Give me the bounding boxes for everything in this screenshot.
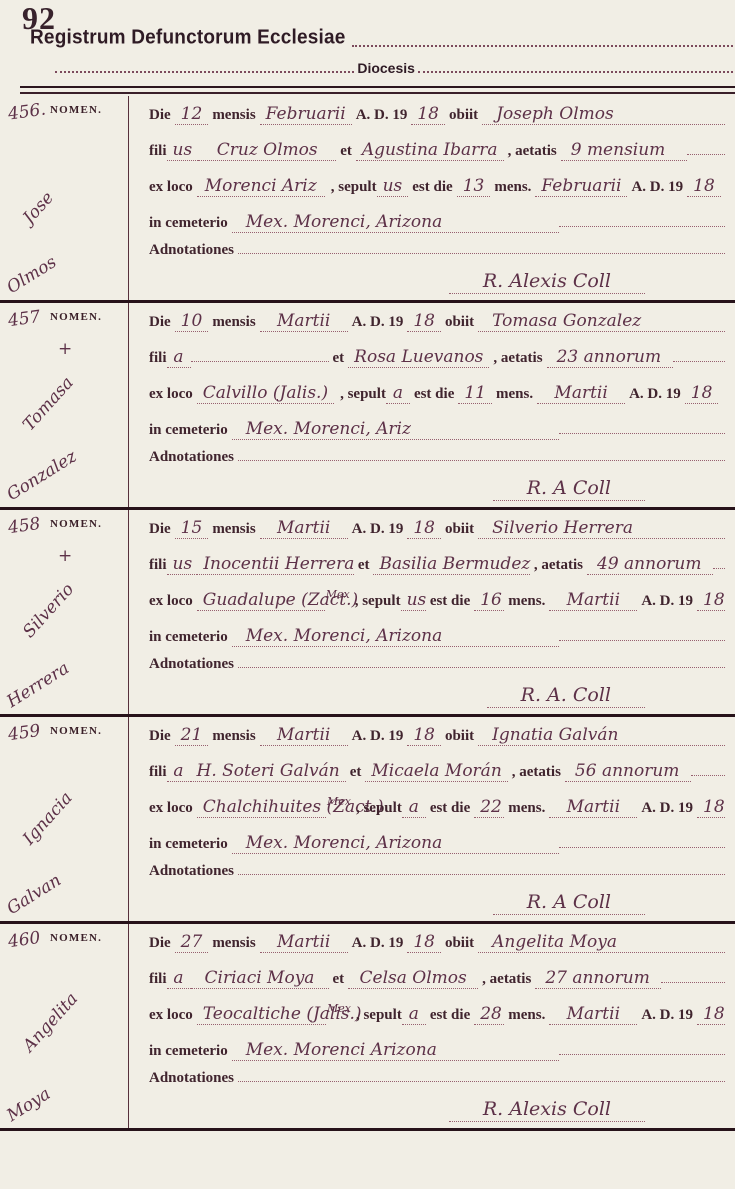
mother-name-value: Basilia Bermudez: [373, 554, 529, 575]
entries-list: 456. NOMEN. Jose Olmos Die 12 mensis Feb…: [0, 96, 735, 1131]
death-line: Die 27 mensis Martii A. D. 19 18 obiit A…: [145, 932, 725, 968]
dotted-filler: [559, 847, 725, 848]
priest-signature: R. Alexis Coll: [449, 1098, 645, 1122]
sepult-suffix-value: a: [402, 797, 426, 818]
sepult-suffix-value: a: [386, 383, 410, 404]
parents-line: fili a Ciriaci Moya et Celsa Olmos , aet…: [145, 968, 725, 1004]
entry-number: 456.: [7, 99, 47, 124]
adnotationes-value: [238, 253, 725, 254]
burial-month-value: Februarii: [535, 176, 627, 197]
margin-name-first: Jose: [19, 188, 58, 228]
cross-mark: +: [58, 339, 72, 359]
est-die-label: est die: [408, 179, 456, 196]
obiit-label: obiit: [441, 521, 478, 538]
adnotationes-line: Adnotationes: [145, 242, 725, 270]
death-line: Die 21 mensis Martii A. D. 19 18 obiit I…: [145, 725, 725, 761]
adnotationes-label: Adnotationes: [145, 242, 238, 259]
dotted-filler: [559, 226, 725, 227]
title-dotted-line: [352, 43, 733, 47]
burial-day-value: 11: [458, 383, 492, 404]
burial-line: ex loco Chalchihuites (Zact.) Mex , sepu…: [145, 797, 725, 833]
death-month-value: Martii: [260, 725, 348, 746]
sepult-label: , sepult: [351, 593, 401, 610]
father-name-value: Inocentii Herrera: [197, 554, 353, 575]
mens-label: mens.: [504, 800, 549, 817]
margin-name-last: Galvan: [3, 870, 64, 919]
burial-line: ex loco Teocaltiche (Jalis.) Mex , sepul…: [145, 1004, 725, 1040]
die-label: Die: [145, 521, 175, 538]
fili-label: fili: [145, 764, 167, 781]
adnotationes-value: [238, 1081, 725, 1082]
death-day-value: 15: [175, 518, 209, 539]
mens-label: mens.: [490, 179, 535, 196]
nomen-label: NOMEN.: [50, 518, 102, 530]
burial-day-value: 22: [474, 797, 504, 818]
et-label: et: [329, 350, 349, 367]
fili-suffix-value: a: [167, 968, 191, 989]
deceased-name-value: Tomasa Gonzalez: [478, 311, 725, 332]
death-day-value: 21: [175, 725, 209, 746]
register-entry: 460 NOMEN. Angelita Moya Die 27 mensis M…: [0, 924, 735, 1131]
nomen-label: NOMEN.: [50, 311, 102, 323]
death-year-value: 18: [407, 311, 441, 332]
mens-label: mens.: [504, 1007, 549, 1024]
adnotationes-label: Adnotationes: [145, 1070, 238, 1087]
place-superscript-value: Mex: [325, 588, 351, 601]
death-month-value: Martii: [260, 311, 348, 332]
deceased-name-value: Silverio Herrera: [478, 518, 725, 539]
age-value: 56 annorum: [565, 761, 691, 782]
entry-number: 459: [7, 721, 42, 745]
fili-label: fili: [145, 971, 167, 988]
ad19-label-2: A. D. 19: [627, 179, 687, 196]
entry-form: Die 10 mensis Martii A. D. 19 18 obiit T…: [129, 303, 735, 507]
burial-year-value: 18: [687, 176, 721, 197]
sepult-label: , sepult: [352, 1007, 402, 1024]
age-value: 23 annorum: [547, 347, 673, 368]
priest-signature: R. Alexis Coll: [449, 270, 645, 294]
entry-margin-column: 459 NOMEN. Ignacia Galvan: [0, 717, 129, 921]
dotted-filler: [559, 1054, 725, 1055]
age-value: 27 annorum: [535, 968, 661, 989]
cemetery-value: Mex. Morenci, Ariz: [232, 419, 560, 440]
entry-number: 460: [7, 928, 42, 952]
entry-margin-column: 458 NOMEN. + Silverio Herrera: [0, 510, 129, 714]
parents-line: fili us Inocentii Herrera et Basilia Ber…: [145, 554, 725, 590]
parents-line: fili a et Rosa Luevanos , aetatis 23 ann…: [145, 347, 725, 383]
margin-name-last: Gonzalez: [3, 447, 80, 505]
fili-label: fili: [145, 557, 167, 574]
place-superscript-value: Mex: [326, 1002, 352, 1015]
burial-year-value: 18: [697, 590, 725, 611]
margin-name-first: Angelita: [19, 989, 82, 1056]
nomen-label: NOMEN.: [50, 932, 102, 944]
aetatis-label: , aetatis: [489, 350, 546, 367]
margin-name-first: Ignacia: [19, 788, 77, 849]
ad19-label: A. D. 19: [348, 935, 408, 952]
mens-label: mens.: [492, 386, 537, 403]
adnotationes-line: Adnotationes: [145, 656, 725, 684]
signature-row: R. A Coll: [145, 891, 725, 917]
death-year-value: 18: [407, 932, 441, 953]
deceased-name-value: Ignatia Galván: [478, 725, 725, 746]
dotted-filler: [713, 568, 725, 569]
in-cemeterio-label: in cemeterio: [145, 422, 232, 439]
die-label: Die: [145, 935, 175, 952]
place-of-origin-value: Guadalupe (Zact.): [197, 590, 325, 611]
death-line: Die 15 mensis Martii A. D. 19 18 obiit S…: [145, 518, 725, 554]
aetatis-label: , aetatis: [508, 764, 565, 781]
sepult-label: , sepult: [352, 800, 402, 817]
cemetery-line: in cemeterio Mex. Morenci Arizona: [145, 1040, 725, 1070]
header-separator-rule: [20, 86, 735, 94]
signature-row: R. A. Coll: [145, 684, 725, 710]
et-label: et: [354, 557, 374, 574]
adnotationes-value: [238, 667, 725, 668]
sepult-suffix-value: a: [402, 1004, 426, 1025]
ex-loco-label: ex loco: [145, 386, 197, 403]
death-year-value: 18: [411, 104, 445, 125]
ad19-label-2: A. D. 19: [637, 800, 697, 817]
death-month-value: Februarii: [260, 104, 352, 125]
diocese-dotted-line-right: [418, 69, 733, 73]
priest-signature: R. A Coll: [493, 891, 645, 915]
margin-name-first: Tomasa: [19, 373, 78, 435]
burial-line: ex loco Calvillo (Jalis.) , sepult a est…: [145, 383, 725, 419]
father-name-value: H. Soteri Galván: [191, 761, 346, 782]
obiit-label: obiit: [441, 728, 478, 745]
mensis-label: mensis: [208, 107, 259, 124]
burial-day-value: 16: [474, 590, 504, 611]
signature-row: R. A Coll: [145, 477, 725, 503]
dotted-filler: [691, 775, 725, 776]
fili-label: fili: [145, 350, 167, 367]
age-value: 49 annorum: [587, 554, 713, 575]
ad19-label: A. D. 19: [348, 521, 408, 538]
in-cemeterio-label: in cemeterio: [145, 1043, 232, 1060]
margin-name-first: Silverio: [19, 580, 78, 642]
burial-month-value: Martii: [549, 797, 637, 818]
nomen-label: NOMEN.: [50, 104, 102, 116]
adnotationes-value: [238, 460, 725, 461]
burial-month-value: Martii: [549, 590, 637, 611]
register-entry: 456. NOMEN. Jose Olmos Die 12 mensis Feb…: [0, 96, 735, 303]
father-name-value: [191, 361, 329, 362]
mensis-label: mensis: [208, 935, 259, 952]
est-die-label: est die: [410, 386, 458, 403]
place-of-origin-value: Calvillo (Jalis.): [197, 383, 334, 404]
place-superscript-value: Mex: [326, 795, 352, 808]
entry-number: 457: [7, 307, 42, 331]
adnotationes-line: Adnotationes: [145, 449, 725, 477]
diocese-label: Diocesis: [354, 60, 418, 76]
fili-suffix-value: us: [167, 140, 199, 161]
register-entry: 459 NOMEN. Ignacia Galvan Die 21 mensis …: [0, 717, 735, 924]
priest-signature: R. A. Coll: [487, 684, 645, 708]
obiit-label: obiit: [441, 314, 478, 331]
entry-margin-column: 456. NOMEN. Jose Olmos: [0, 96, 129, 300]
page-title: Registrum Defunctorum Ecclesiae: [30, 26, 346, 50]
signature-row: R. Alexis Coll: [145, 1098, 725, 1124]
burial-month-value: Martii: [537, 383, 625, 404]
et-label: et: [329, 971, 349, 988]
parents-line: fili us Cruz Olmos et Agustina Ibarra , …: [145, 140, 725, 176]
aetatis-label: , aetatis: [530, 557, 587, 574]
die-label: Die: [145, 314, 175, 331]
ad19-label: A. D. 19: [348, 314, 408, 331]
dotted-filler: [559, 640, 725, 641]
burial-day-value: 28: [474, 1004, 504, 1025]
father-name-value: Ciriaci Moya: [191, 968, 329, 989]
death-line: Die 12 mensis Februarii A. D. 19 18 obii…: [145, 104, 725, 140]
death-line: Die 10 mensis Martii A. D. 19 18 obiit T…: [145, 311, 725, 347]
burial-year-value: 18: [685, 383, 719, 404]
entry-form: Die 12 mensis Februarii A. D. 19 18 obii…: [129, 96, 735, 300]
sepult-label: , sepult: [336, 386, 386, 403]
fili-suffix-value: us: [167, 554, 198, 575]
place-of-origin-value: Chalchihuites (Zact.): [197, 797, 326, 818]
burial-line: ex loco Morenci Ariz , sepult us est die…: [145, 176, 725, 212]
age-value: 9 mensium: [561, 140, 687, 161]
dotted-filler: [661, 982, 725, 983]
cemetery-line: in cemeterio Mex. Morenci, Arizona: [145, 212, 725, 242]
death-year-value: 18: [407, 518, 441, 539]
death-day-value: 27: [175, 932, 209, 953]
in-cemeterio-label: in cemeterio: [145, 836, 232, 853]
mens-label: mens.: [504, 593, 549, 610]
register-page: 92 Registrum Defunctorum Ecclesiae Dioce…: [0, 0, 735, 1189]
cross-mark: +: [58, 546, 72, 566]
burial-day-value: 13: [457, 176, 491, 197]
margin-name-last: Moya: [3, 1084, 54, 1126]
adnotationes-label: Adnotationes: [145, 449, 238, 466]
header-title-row: Registrum Defunctorum Ecclesiae: [30, 28, 733, 50]
obiit-label: obiit: [441, 935, 478, 952]
diocese-row: Diocesis: [55, 60, 733, 76]
adnotationes-label: Adnotationes: [145, 863, 238, 880]
cemetery-line: in cemeterio Mex. Morenci, Arizona: [145, 833, 725, 863]
place-of-origin-value: Morenci Ariz: [197, 176, 325, 197]
mensis-label: mensis: [208, 314, 259, 331]
death-day-value: 10: [175, 311, 209, 332]
burial-year-value: 18: [697, 1004, 725, 1025]
mother-name-value: Celsa Olmos: [348, 968, 478, 989]
adnotationes-value: [238, 874, 725, 875]
obiit-label: obiit: [445, 107, 482, 124]
mother-name-value: Micaela Morán: [365, 761, 507, 782]
cemetery-value: Mex. Morenci Arizona: [232, 1040, 560, 1061]
ex-loco-label: ex loco: [145, 179, 197, 196]
in-cemeterio-label: in cemeterio: [145, 629, 232, 646]
deceased-name-value: Angelita Moya: [478, 932, 725, 953]
mensis-label: mensis: [208, 728, 259, 745]
sepult-suffix-value: us: [377, 176, 409, 197]
cemetery-line: in cemeterio Mex. Morenci, Ariz: [145, 419, 725, 449]
in-cemeterio-label: in cemeterio: [145, 215, 232, 232]
ad19-label: A. D. 19: [352, 107, 412, 124]
est-die-label: est die: [426, 800, 474, 817]
margin-name-last: Herrera: [3, 658, 73, 712]
entry-number: 458: [7, 514, 42, 538]
mother-name-value: Rosa Luevanos: [348, 347, 489, 368]
ad19-label-2: A. D. 19: [625, 386, 685, 403]
mother-name-value: Agustina Ibarra: [356, 140, 504, 161]
dotted-filler: [673, 361, 725, 362]
place-of-origin-value: Teocaltiche (Jalis.): [197, 1004, 326, 1025]
cemetery-line: in cemeterio Mex. Morenci, Arizona: [145, 626, 725, 656]
margin-name-last: Olmos: [3, 252, 60, 298]
est-die-label: est die: [426, 1007, 474, 1024]
sepult-suffix-value: us: [401, 590, 426, 611]
entry-form: Die 21 mensis Martii A. D. 19 18 obiit I…: [129, 717, 735, 921]
aetatis-label: , aetatis: [504, 143, 561, 160]
adnotationes-line: Adnotationes: [145, 863, 725, 891]
ex-loco-label: ex loco: [145, 800, 197, 817]
death-month-value: Martii: [260, 932, 348, 953]
burial-line: ex loco Guadalupe (Zact.) Mex , sepult u…: [145, 590, 725, 626]
register-entry: 458 NOMEN. + Silverio Herrera Die 15 men…: [0, 510, 735, 717]
entry-form: Die 15 mensis Martii A. D. 19 18 obiit S…: [129, 510, 735, 714]
ad19-label-2: A. D. 19: [637, 1007, 697, 1024]
fili-suffix-value: a: [167, 761, 191, 782]
father-name-value: Cruz Olmos: [198, 140, 336, 161]
ex-loco-label: ex loco: [145, 593, 197, 610]
cemetery-value: Mex. Morenci, Arizona: [232, 833, 560, 854]
dotted-filler: [687, 154, 725, 155]
aetatis-label: , aetatis: [478, 971, 535, 988]
ad19-label: A. D. 19: [348, 728, 408, 745]
cemetery-value: Mex. Morenci, Arizona: [232, 626, 560, 647]
fili-label: fili: [145, 143, 167, 160]
burial-year-value: 18: [697, 797, 725, 818]
est-die-label: est die: [426, 593, 474, 610]
et-label: et: [336, 143, 356, 160]
entry-margin-column: 460 NOMEN. Angelita Moya: [0, 924, 129, 1128]
death-month-value: Martii: [260, 518, 348, 539]
sepult-label: , sepult: [327, 179, 377, 196]
deceased-name-value: Joseph Olmos: [482, 104, 725, 125]
diocese-dotted-line-left: [55, 69, 354, 73]
et-label: et: [346, 764, 366, 781]
dotted-filler: [559, 433, 725, 434]
adnotationes-label: Adnotationes: [145, 656, 238, 673]
entry-form: Die 27 mensis Martii A. D. 19 18 obiit A…: [129, 924, 735, 1128]
mensis-label: mensis: [208, 521, 259, 538]
fili-suffix-value: a: [167, 347, 191, 368]
priest-signature: R. A Coll: [493, 477, 645, 501]
burial-month-value: Martii: [549, 1004, 637, 1025]
death-day-value: 12: [175, 104, 209, 125]
adnotationes-line: Adnotationes: [145, 1070, 725, 1098]
ex-loco-label: ex loco: [145, 1007, 197, 1024]
signature-row: R. Alexis Coll: [145, 270, 725, 296]
death-year-value: 18: [407, 725, 441, 746]
register-entry: 457 NOMEN. + Tomasa Gonzalez Die 10 mens…: [0, 303, 735, 510]
nomen-label: NOMEN.: [50, 725, 102, 737]
die-label: Die: [145, 728, 175, 745]
parents-line: fili a H. Soteri Galván et Micaela Morán…: [145, 761, 725, 797]
entry-margin-column: 457 NOMEN. + Tomasa Gonzalez: [0, 303, 129, 507]
cemetery-value: Mex. Morenci, Arizona: [232, 212, 560, 233]
ad19-label-2: A. D. 19: [637, 593, 697, 610]
die-label: Die: [145, 107, 175, 124]
